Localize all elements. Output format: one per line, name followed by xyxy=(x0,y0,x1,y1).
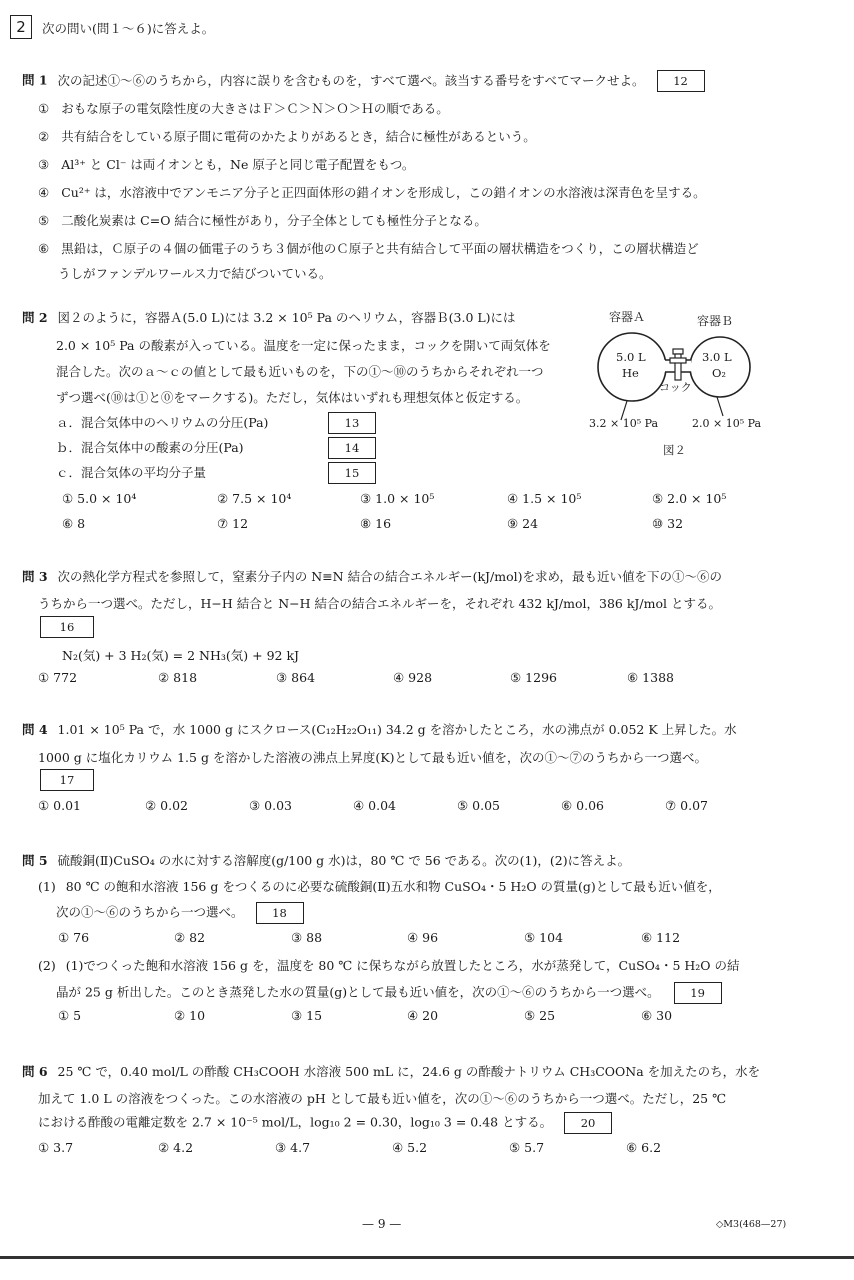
q6-line-3: における酢酸の電離定数を 2.7 × 10⁻⁵ mol/L，log₁₀ 2 = … xyxy=(38,1112,612,1134)
q1-statement-3: ③ Al³⁺ と Cl⁻ は両イオンとも，Ne 原子と同じ電子配置をもつ。 xyxy=(38,155,414,173)
choice-7[interactable]: ⑦ 0.07 xyxy=(665,798,708,813)
part1-number: (1) xyxy=(38,879,56,894)
statement-text: おもな原子の電気陰性度の大きさはＦ＞Ｃ＞Ｎ＞Ｏ＞Ｈの順である。 xyxy=(61,101,449,116)
choice-3[interactable]: ③ 864 xyxy=(276,670,393,685)
q3-equation: N₂(気) + 3 H₂(気) = 2 NH₃(気) + 92 kJ xyxy=(62,646,299,664)
choice-5[interactable]: ⑤ 5.7 xyxy=(509,1140,626,1155)
q5-part2-choices: ① 5 ② 10 ③ 15 ④ 20 ⑤ 25 ⑥ 30 xyxy=(58,1008,672,1023)
q4-line-2: 1000 g に塩化カリウム 1.5 g を溶かした溶液の沸点上昇度(K)として… xyxy=(38,748,707,766)
choice-6[interactable]: ⑥ 112 xyxy=(641,930,680,945)
q6-label: 問 6 xyxy=(22,1064,48,1079)
q6-text-3: における酢酸の電離定数を 2.7 × 10⁻⁵ mol/L，log₁₀ 2 = … xyxy=(38,1115,552,1130)
choice-4[interactable]: ④ 928 xyxy=(393,670,510,685)
statement-number: ③ xyxy=(38,157,49,172)
container-b-pressure: 2.0 × 10⁵ Pa xyxy=(692,417,761,430)
choice-5[interactable]: ⑤ 1296 xyxy=(510,670,627,685)
choice-6[interactable]: ⑥ 30 xyxy=(641,1008,672,1023)
q3-answer-row: 16 xyxy=(40,616,94,638)
q5-part1-line-1: (1) 80 ℃ の飽和水溶液 156 g をつくるのに必要な硫酸銅(Ⅱ)五水和… xyxy=(38,877,721,895)
choice-2[interactable]: ② 4.2 xyxy=(158,1140,275,1155)
choice-1[interactable]: ① 5 xyxy=(58,1008,174,1023)
q3-text: 次の熱化学方程式を参照して，窒素分子内の N≡N 結合の結合エネルギー(kJ/m… xyxy=(58,569,722,584)
answer-box-18[interactable]: 18 xyxy=(256,902,304,924)
part2-text-2: 晶が 25 g 析出した。このとき蒸発した水の質量(g)として最も近い値を，次の… xyxy=(56,985,660,1000)
q2-sub-c: ｃ．混合気体の平均分子量 15 xyxy=(56,462,376,484)
q2-sub-a: ａ．混合気体中のヘリウムの分圧(Pa) 13 xyxy=(56,412,376,434)
choice-1[interactable]: ① 5.0 × 10⁴ xyxy=(62,491,217,506)
q3-line-2: うちから一つ選べ。ただし，H−H 結合と N−H 結合の結合エネルギーを，それぞ… xyxy=(38,594,721,612)
statement-number: ⑤ xyxy=(38,213,49,228)
exam-code: ◇M3(468—27) xyxy=(716,1219,786,1230)
answer-box-17[interactable]: 17 xyxy=(40,769,94,791)
choice-7[interactable]: ⑦ 12 xyxy=(217,516,360,531)
choice-4[interactable]: ④ 96 xyxy=(407,930,524,945)
page-number: — 9 — xyxy=(362,1217,401,1231)
q2-sub-b: ｂ．混合気体中の酸素の分圧(Pa) 14 xyxy=(56,437,376,459)
choice-2[interactable]: ② 82 xyxy=(174,930,291,945)
q1-statement-6: ⑥ 黒鉛は，Ｃ原子の４個の価電子のうち３個が他のＣ原子と共有結合して平面の層状構… xyxy=(38,239,699,257)
choice-5[interactable]: ⑤ 104 xyxy=(524,930,641,945)
statement-number: ① xyxy=(38,101,49,116)
q2-label: 問 2 xyxy=(22,310,48,325)
container-a-pressure: 3.2 × 10⁵ Pa xyxy=(589,417,658,430)
q6-choices: ① 3.7 ② 4.2 ③ 4.7 ④ 5.2 ⑤ 5.7 ⑥ 6.2 xyxy=(38,1140,661,1155)
container-a-gas: He xyxy=(622,366,639,380)
q4-choices: ① 0.01 ② 0.02 ③ 0.03 ④ 0.04 ⑤ 0.05 ⑥ 0.0… xyxy=(38,798,708,813)
choice-5[interactable]: ⑤ 25 xyxy=(524,1008,641,1023)
q2-line-3: 混合した。次のａ〜ｃの値として最も近いものを，下の①〜⑩のうちからそれぞれ一つ xyxy=(56,362,544,380)
choice-6[interactable]: ⑥ 1388 xyxy=(627,670,674,685)
container-b-gas: O₂ xyxy=(712,366,726,380)
choice-5[interactable]: ⑤ 0.05 xyxy=(457,798,561,813)
sub-b-label: ｂ．混合気体中の酸素の分圧(Pa) xyxy=(56,438,324,456)
q1-statement-2: ② 共有結合をしている原子間に電荷のかたよりがあるとき，結合に極性があるという。 xyxy=(38,127,536,145)
q5-part1-choices: ① 76 ② 82 ③ 88 ④ 96 ⑤ 104 ⑥ 112 xyxy=(58,930,680,945)
choice-3[interactable]: ③ 4.7 xyxy=(275,1140,392,1155)
q1-label: 問 1 xyxy=(22,73,48,88)
part1-text-2: 次の①〜⑥のうちから一つ選べ。 xyxy=(56,905,244,920)
q5-part2-line-2: 晶が 25 g 析出した。このとき蒸発した水の質量(g)として最も近い値を，次の… xyxy=(56,982,722,1004)
figure-2-diagram: 容器Ａ 容器Ｂ 5.0 L He 3.0 L O₂ コック 3.2 × 10⁵ … xyxy=(575,300,845,470)
choice-1[interactable]: ① 772 xyxy=(38,670,158,685)
choice-3[interactable]: ③ 0.03 xyxy=(249,798,353,813)
choice-1[interactable]: ① 76 xyxy=(58,930,174,945)
answer-box-15[interactable]: 15 xyxy=(328,462,376,484)
q1-statement-5: ⑤ 二酸化炭素は C=O 結合に極性があり，分子全体としても極性分子となる。 xyxy=(38,211,487,229)
q5-label: 問 5 xyxy=(22,853,48,868)
statement-text: Al³⁺ と Cl⁻ は両イオンとも，Ne 原子と同じ電子配置をもつ。 xyxy=(61,157,414,172)
q1-prompt: 次の記述①〜⑥のうちから，内容に誤りを含むものを，すべて選べ。該当する番号をすべ… xyxy=(58,73,645,88)
sub-a-label: ａ．混合気体中のヘリウムの分圧(Pa) xyxy=(56,413,324,431)
q6-line-1: 問 6 25 ℃ で，0.40 mol/L の酢酸 CH₃COOH 水溶液 50… xyxy=(22,1062,760,1080)
part2-number: (2) xyxy=(38,958,56,973)
q3-label: 問 3 xyxy=(22,569,48,584)
answer-box-16[interactable]: 16 xyxy=(40,616,94,638)
q4-text: 1.01 × 10⁵ Pa で，水 1000 g にスクロース(C₁₂H₂₂O₁… xyxy=(58,722,737,737)
answer-box-20[interactable]: 20 xyxy=(564,1112,612,1134)
q3-choices: ① 772 ② 818 ③ 864 ④ 928 ⑤ 1296 ⑥ 1388 xyxy=(38,670,674,685)
statement-number: ② xyxy=(38,129,49,144)
choice-4[interactable]: ④ 5.2 xyxy=(392,1140,509,1155)
choice-2[interactable]: ② 10 xyxy=(174,1008,291,1023)
choice-10[interactable]: ⑩ 32 xyxy=(652,516,683,531)
q1-statement-6-cont: うしがファンデルワールス力で結びついている。 xyxy=(58,264,332,282)
choice-6[interactable]: ⑥ 0.06 xyxy=(561,798,665,813)
statement-number: ⑥ xyxy=(38,241,49,256)
answer-box-19[interactable]: 19 xyxy=(674,982,722,1004)
container-a-volume: 5.0 L xyxy=(616,350,646,364)
container-a-label: 容器Ａ xyxy=(609,308,645,325)
section-number-box: 2 xyxy=(10,15,32,39)
choice-4[interactable]: ④ 20 xyxy=(407,1008,524,1023)
part1-text: 80 ℃ の飽和水溶液 156 g をつくるのに必要な硫酸銅(Ⅱ)五水和物 Cu… xyxy=(66,879,721,894)
sub-c-label: ｃ．混合気体の平均分子量 xyxy=(56,463,324,481)
container-b-label: 容器Ｂ xyxy=(697,312,733,329)
q4-answer-row: 17 xyxy=(40,769,94,791)
choice-1[interactable]: ① 0.01 xyxy=(38,798,145,813)
choice-1[interactable]: ① 3.7 xyxy=(38,1140,158,1155)
figure-caption: 図２ xyxy=(663,442,686,458)
choice-2[interactable]: ② 7.5 × 10⁴ xyxy=(217,491,360,506)
container-b-volume: 3.0 L xyxy=(702,350,732,364)
statement-text: 共有結合をしている原子間に電荷のかたよりがあるとき，結合に極性があるという。 xyxy=(61,129,536,144)
choice-2[interactable]: ② 0.02 xyxy=(145,798,249,813)
q1-statement-4: ④ Cu²⁺ は，水溶液中でアンモニア分子と正四面体形の錯イオンを形成し，この錯… xyxy=(38,183,706,201)
q6-line-2: 加えて 1.0 L の溶液をつくった。この水溶液の pH として最も近い値を，次… xyxy=(38,1089,726,1107)
q2-text: 図２のように，容器Ａ(5.0 L)には 3.2 × 10⁵ Pa のヘリウム，容… xyxy=(58,310,516,325)
choice-3[interactable]: ③ 88 xyxy=(291,930,407,945)
choice-3[interactable]: ③ 1.0 × 10⁵ xyxy=(360,491,507,506)
answer-box-12[interactable]: 12 xyxy=(657,70,705,92)
statement-number: ④ xyxy=(38,185,49,200)
choice-6[interactable]: ⑥ 6.2 xyxy=(626,1140,661,1155)
answer-box-13[interactable]: 13 xyxy=(328,412,376,434)
answer-box-14[interactable]: 14 xyxy=(328,437,376,459)
q2-line-2: 2.0 × 10⁵ Pa の酸素が入っている。温度を一定に保ったまま，コックを開… xyxy=(56,336,551,354)
q5-part2-line-1: (2) (1)でつくった飽和水溶液 156 g を，温度を 80 ℃ に保ちなが… xyxy=(38,956,740,974)
choice-8[interactable]: ⑧ 16 xyxy=(360,516,507,531)
q2-line-1: 問 2 図２のように，容器Ａ(5.0 L)には 3.2 × 10⁵ Pa のヘリ… xyxy=(22,308,516,326)
q2-choices-row-1: ① 5.0 × 10⁴ ② 7.5 × 10⁴ ③ 1.0 × 10⁵ ④ 1.… xyxy=(62,491,726,506)
choice-4[interactable]: ④ 0.04 xyxy=(353,798,457,813)
cock-label: コック xyxy=(659,379,692,395)
choice-2[interactable]: ② 818 xyxy=(158,670,276,685)
q6-text: 25 ℃ で，0.40 mol/L の酢酸 CH₃COOH 水溶液 500 mL… xyxy=(58,1064,761,1079)
q4-label: 問 4 xyxy=(22,722,48,737)
choice-4[interactable]: ④ 1.5 × 10⁵ xyxy=(507,491,652,506)
q5-intro: 硫酸銅(Ⅱ)CuSO₄ の水に対する溶解度(g/100 g 水)は，80 ℃ で… xyxy=(58,853,631,868)
q1-prompt-line: 問 1 次の記述①〜⑥のうちから，内容に誤りを含むものを，すべて選べ。該当する番… xyxy=(22,70,705,92)
statement-text: 二酸化炭素は C=O 結合に極性があり，分子全体としても極性分子となる。 xyxy=(61,213,487,228)
q4-line-1: 問 4 1.01 × 10⁵ Pa で，水 1000 g にスクロース(C₁₂H… xyxy=(22,720,737,738)
choice-9[interactable]: ⑨ 24 xyxy=(507,516,652,531)
q1-statement-1: ① おもな原子の電気陰性度の大きさはＦ＞Ｃ＞Ｎ＞Ｏ＞Ｈの順である。 xyxy=(38,99,449,117)
q5-intro-line: 問 5 硫酸銅(Ⅱ)CuSO₄ の水に対する溶解度(g/100 g 水)は，80… xyxy=(22,851,630,869)
q2-choices-row-2: ⑥ 8 ⑦ 12 ⑧ 16 ⑨ 24 ⑩ 32 xyxy=(62,516,683,531)
statement-text: 黒鉛は，Ｃ原子の４個の価電子のうち３個が他のＣ原子と共有結合して平面の層状構造を… xyxy=(61,241,699,256)
q5-part1-line-2: 次の①〜⑥のうちから一つ選べ。 18 xyxy=(56,902,304,924)
choice-5[interactable]: ⑤ 2.0 × 10⁵ xyxy=(652,491,726,506)
part2-text: (1)でつくった飽和水溶液 156 g を，温度を 80 ℃ に保ちながら放置し… xyxy=(66,958,740,973)
q3-line-1: 問 3 次の熱化学方程式を参照して，窒素分子内の N≡N 結合の結合エネルギー(… xyxy=(22,567,722,585)
choice-6[interactable]: ⑥ 8 xyxy=(62,516,217,531)
statement-text: Cu²⁺ は，水溶液中でアンモニア分子と正四面体形の錯イオンを形成し，この錯イオ… xyxy=(61,185,705,200)
choice-3[interactable]: ③ 15 xyxy=(291,1008,407,1023)
section-instruction: 次の問い(問１〜６)に答えよ。 xyxy=(42,19,214,37)
page-bottom-rule xyxy=(0,1256,854,1259)
q2-line-4: ずつ選べ(⑩は①と⓪をマークする)。ただし，気体はいずれも理想気体と仮定する。 xyxy=(56,388,528,406)
